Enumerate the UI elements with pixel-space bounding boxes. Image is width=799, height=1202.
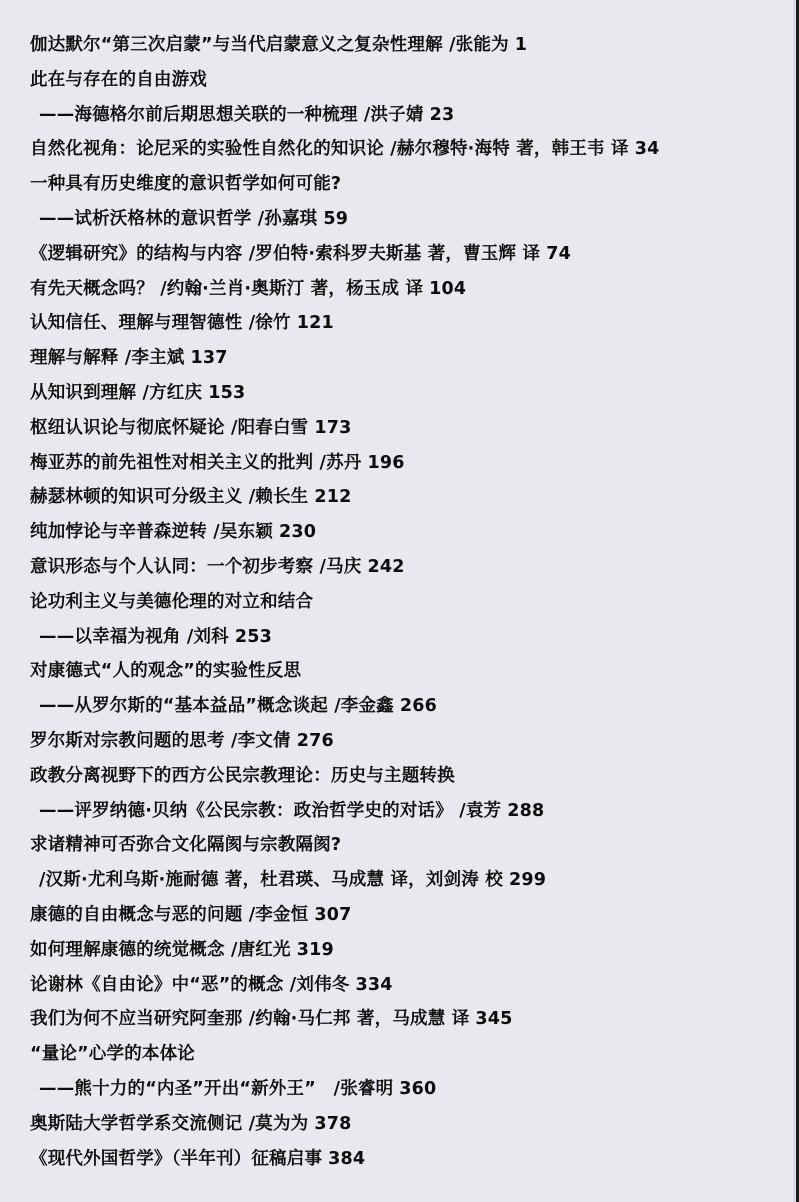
toc-entry-title: 奥斯陆大学哲学系交流侧记 /莫为为 [30,1114,308,1134]
toc-entry: 意识形态与个人认同：一个初步考察 /马庆242 [30,553,789,588]
toc-entry-title: ——试析沃格林的意识哲学 /孙嘉琪 [39,209,317,229]
toc-entry-page: 137 [190,348,227,368]
toc-entry: 论谢林《自由论》中“恶”的概念 /刘伟冬334 [30,971,789,1006]
toc-entry-title: ——评罗纳德·贝纳《公民宗教：政治哲学史的对话》 /袁芳 [39,801,501,821]
toc-entry-title: “量论”心学的本体论 [30,1044,195,1064]
toc-entry-page: 319 [297,940,334,960]
toc-entry-title: 如何理解康德的统觉概念 /唐红光 [30,940,291,960]
toc-entry-page: 334 [356,975,393,995]
toc-entry: 此在与存在的自由游戏 [30,66,789,101]
toc-entry-title: ——熊十力的“内圣”开出“新外王” /张睿明 [39,1079,393,1099]
toc-entry-page: 153 [208,383,245,403]
toc-entry: 如何理解康德的统觉概念 /唐红光319 [30,936,789,971]
toc-entry: 我们为何不应当研究阿奎那 /约翰·马仁邦 著，马成慧 译345 [30,1005,789,1040]
toc-entry-page: 230 [279,522,316,542]
toc-entry: 纯加悖论与辛普森逆转 /吴东颖230 [30,518,789,553]
toc-entry: 康德的自由概念与恶的问题 /李金恒307 [30,901,789,936]
toc-entry: 《逻辑研究》的结构与内容 /罗伯特·索科罗夫斯基 著，曹玉辉 译74 [30,240,789,275]
toc-entry-subtitle: ——评罗纳德·贝纳《公民宗教：政治哲学史的对话》 /袁芳288 [30,797,789,832]
toc-entry-page: 242 [367,557,404,577]
toc-entry-title: 枢纽认识论与彻底怀疑论 /阳春白雪 [30,418,308,438]
toc-entry-title: 伽达默尔“第三次启蒙”与当代启蒙意义之复杂性理解 /张能为 [30,35,509,55]
toc-entry-title: 认知信任、理解与理智德性 /徐竹 [30,313,291,333]
toc-entry-subtitle: ——从罗尔斯的“基本益品”概念谈起 /李金鑫266 [30,692,789,727]
toc-entry-page: 212 [314,487,351,507]
toc-entry-title: ——海德格尔前后期思想关联的一种梳理 /洪子婧 [39,105,424,125]
toc-entry-title: 赫瑟林顿的知识可分级主义 /赖长生 [30,487,308,507]
toc-entry: 对康德式“人的观念”的实验性反思 [30,657,789,692]
toc-entry-page: 74 [546,244,571,264]
toc-entry-page: 1 [515,35,527,55]
toc-entry-page: 173 [314,418,351,438]
toc-entry: 论功利主义与美德伦理的对立和结合 [30,588,789,623]
toc-entry-title: 论功利主义与美德伦理的对立和结合 [30,592,313,612]
toc-entry-title: 纯加悖论与辛普森逆转 /吴东颖 [30,522,273,542]
toc-entry-title: ——从罗尔斯的“基本益品”概念谈起 /李金鑫 [39,696,394,716]
toc-entry: 自然化视角：论尼采的实验性自然化的知识论 /赫尔穆特·海特 著，韩王韦 译34 [30,135,789,170]
toc-entry-title: ——以幸福为视角 /刘科 [39,627,229,647]
toc-entry-title: 此在与存在的自由游戏 [30,70,207,90]
toc-entry-page: 196 [367,453,404,473]
toc-entry-title: 对康德式“人的观念”的实验性反思 [30,661,301,681]
toc-entry-title: 论谢林《自由论》中“恶”的概念 /刘伟冬 [30,975,350,995]
toc-entry-page: 266 [400,696,437,716]
toc-entry-title: 康德的自由概念与恶的问题 /李金恒 [30,905,308,925]
toc-entry: 理解与解释 /李主斌137 [30,344,789,379]
toc-entry: 《现代外国哲学》（半年刊）征稿启事384 [30,1145,789,1180]
toc-entry-page: 34 [635,139,660,159]
toc-entry-page: 276 [297,731,334,751]
toc-entry: 梅亚苏的前先祖性对相关主义的批判 /苏丹196 [30,449,789,484]
toc-entry-page: 345 [475,1009,512,1029]
toc-entry-title: 政教分离视野下的西方公民宗教理论：历史与主题转换 [30,766,455,786]
toc-entry-page: 299 [509,870,546,890]
toc-entry: 赫瑟林顿的知识可分级主义 /赖长生212 [30,483,789,518]
toc-entry-title: 意识形态与个人认同：一个初步考察 /马庆 [30,557,361,577]
toc-entry: 政教分离视野下的西方公民宗教理论：历史与主题转换 [30,762,789,797]
toc-entry: 求诸精神可否弥合文化隔阂与宗教隔阂? [30,831,789,866]
toc-entry: 有先天概念吗？ /约翰·兰肖·奥斯汀 著，杨玉成 译104 [30,275,789,310]
toc-entry: 认知信任、理解与理智德性 /徐竹121 [30,309,789,344]
table-of-contents: 伽达默尔“第三次启蒙”与当代启蒙意义之复杂性理解 /张能为1 此在与存在的自由游… [30,31,789,1179]
toc-entry: 伽达默尔“第三次启蒙”与当代启蒙意义之复杂性理解 /张能为1 [30,31,789,66]
toc-entry: 从知识到理解 /方红庆153 [30,379,789,414]
toc-entry-title: 《现代外国哲学》（半年刊）征稿启事 [30,1149,322,1169]
toc-entry-subtitle: ——以幸福为视角 /刘科253 [30,623,789,658]
toc-entry-page: 253 [235,627,272,647]
toc-entry-subtitle: ——试析沃格林的意识哲学 /孙嘉琪59 [30,205,789,240]
toc-entry: 奥斯陆大学哲学系交流侧记 /莫为为378 [30,1110,789,1145]
toc-entry-title: 有先天概念吗？ /约翰·兰肖·奥斯汀 著，杨玉成 译 [30,279,423,299]
toc-entry-title: 理解与解释 /李主斌 [30,348,184,368]
toc-entry-page: 121 [297,313,334,333]
toc-entry: 一种具有历史维度的意识哲学如何可能? [30,170,789,205]
toc-entry-title: 自然化视角：论尼采的实验性自然化的知识论 /赫尔穆特·海特 著，韩王韦 译 [30,139,629,159]
toc-entry-page: 23 [430,105,455,125]
toc-entry-title: 《逻辑研究》的结构与内容 /罗伯特·索科罗夫斯基 著，曹玉辉 译 [30,244,540,264]
toc-entry: “量论”心学的本体论 [30,1040,789,1075]
toc-entry-title: 我们为何不应当研究阿奎那 /约翰·马仁邦 著，马成慧 译 [30,1009,469,1029]
toc-entry: 枢纽认识论与彻底怀疑论 /阳春白雪173 [30,414,789,449]
toc-entry-page: 378 [314,1114,351,1134]
toc-entry-page: 59 [323,209,348,229]
toc-entry: 罗尔斯对宗教问题的思考 /李文倩276 [30,727,789,762]
toc-entry-page: 307 [314,905,351,925]
toc-entry-subtitle: /汉斯·尤利乌斯·施耐德 著，杜君瑛、马成慧 译，刘剑涛 校299 [30,866,789,901]
toc-entry-subtitle: ——熊十力的“内圣”开出“新外王” /张睿明360 [30,1075,789,1110]
toc-entry-title: /汉斯·尤利乌斯·施耐德 著，杜君瑛、马成慧 译，刘剑涛 校 [39,870,503,890]
toc-entry-page: 384 [328,1149,365,1169]
toc-entry-title: 从知识到理解 /方红庆 [30,383,202,403]
toc-entry-page: 288 [507,801,544,821]
toc-entry-subtitle: ——海德格尔前后期思想关联的一种梳理 /洪子婧23 [30,101,789,136]
toc-entry-page: 360 [399,1079,436,1099]
toc-entry-title: 梅亚苏的前先祖性对相关主义的批判 /苏丹 [30,453,361,473]
toc-entry-page: 104 [429,279,466,299]
toc-entry-title: 一种具有历史维度的意识哲学如何可能? [30,174,341,194]
toc-entry-title: 罗尔斯对宗教问题的思考 /李文倩 [30,731,291,751]
toc-entry-title: 求诸精神可否弥合文化隔阂与宗教隔阂? [30,835,341,855]
